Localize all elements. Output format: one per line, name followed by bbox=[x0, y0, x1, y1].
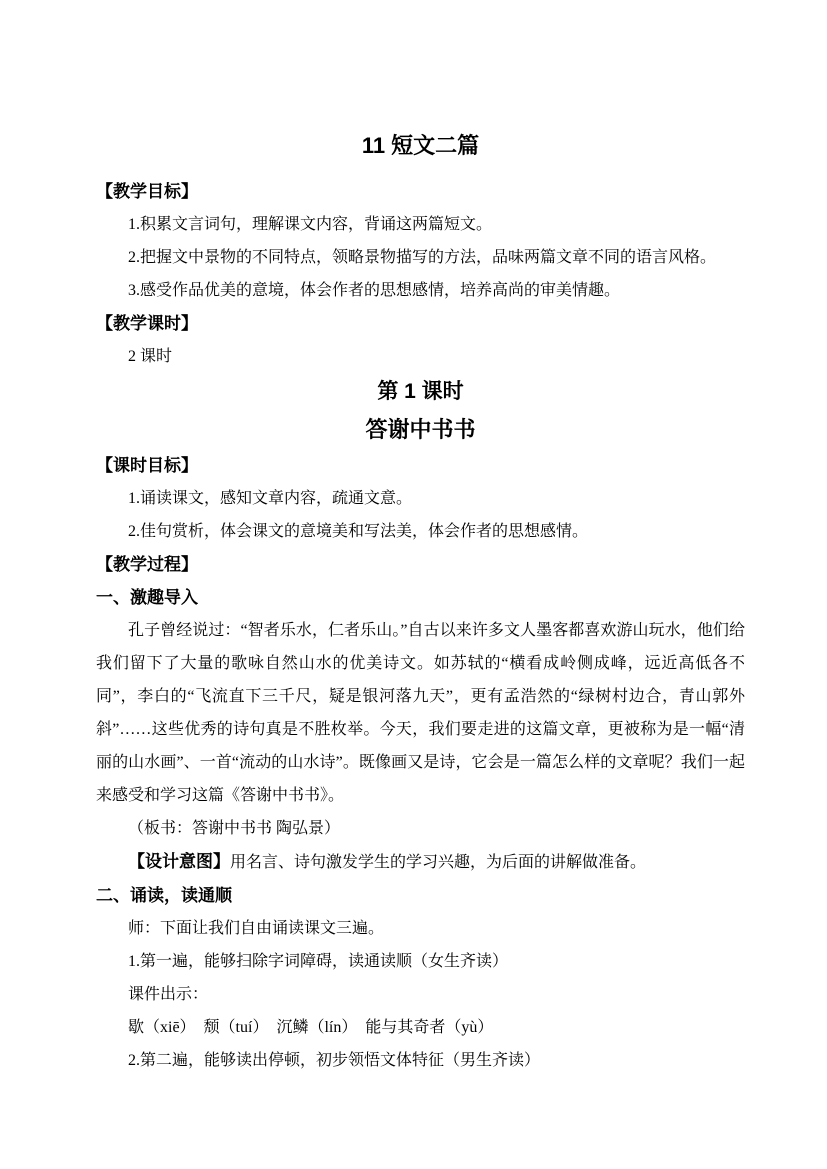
design-intent-label: 【设计意图】 bbox=[128, 852, 230, 871]
section2-teacher-line: 师：下面让我们自由诵读课文三遍。 bbox=[96, 912, 745, 945]
pinyin-line: 歇（xiē） 颓（tuí） 沉鳞（lín） 能与其奇者（yù） bbox=[96, 1011, 745, 1044]
section1-intro-paragraph: 孔子曾经说过：“智者乐水，仁者乐山。”自古以来许多文人墨客都喜欢游山玩水，他们给… bbox=[96, 614, 745, 812]
teaching-periods-value: 2 课时 bbox=[96, 340, 745, 373]
section2-heading: 二、诵读，读通顺 bbox=[96, 879, 745, 912]
section2-step-1: 1.第一遍，能够扫除字词障碍，读通读顺（女生齐读） bbox=[96, 945, 745, 978]
teaching-goals-heading: 【教学目标】 bbox=[96, 175, 745, 208]
teaching-process-heading: 【教学过程】 bbox=[96, 548, 745, 581]
lesson-heading: 第 1 课时 bbox=[96, 373, 745, 411]
document-page: 11 短文二篇 【教学目标】 1.积累文言词句，理解课文内容，背诵这两篇短文。 … bbox=[0, 0, 827, 1169]
design-intent-line: 【设计意图】用名言、诗句激发学生的学习兴趣，为后面的讲解做准备。 bbox=[96, 845, 745, 879]
lesson-goal-item-2: 2.佳句赏析，体会课文的意境美和写法美，体会作者的思想感情。 bbox=[96, 515, 745, 548]
teaching-goal-item-2: 2.把握文中景物的不同特点，领略景物描写的方法，品味两篇文章不同的语言风格。 bbox=[96, 241, 745, 274]
section1-heading: 一、激趣导入 bbox=[96, 581, 745, 614]
board-note: （板书：答谢中书书 陶弘景） bbox=[96, 812, 745, 845]
teaching-goal-item-1: 1.积累文言词句，理解课文内容，背诵这两篇短文。 bbox=[96, 208, 745, 241]
courseware-label: 课件出示： bbox=[96, 978, 745, 1011]
design-intent-text: 用名言、诗句激发学生的学习兴趣，为后面的讲解做准备。 bbox=[230, 854, 646, 871]
teaching-goal-item-3: 3.感受作品优美的意境，体会作者的思想感情，培养高尚的审美情趣。 bbox=[96, 274, 745, 307]
section2-step-2: 2.第二遍，能够读出停顿，初步领悟文体特征（男生齐读） bbox=[96, 1044, 745, 1077]
teaching-periods-heading: 【教学课时】 bbox=[96, 307, 745, 340]
lesson-goals-heading: 【课时目标】 bbox=[96, 449, 745, 482]
document-title: 11 短文二篇 bbox=[96, 130, 745, 162]
lesson-subtitle: 答谢中书书 bbox=[96, 411, 745, 449]
lesson-goal-item-1: 1.诵读课文，感知文章内容，疏通文意。 bbox=[96, 482, 745, 515]
